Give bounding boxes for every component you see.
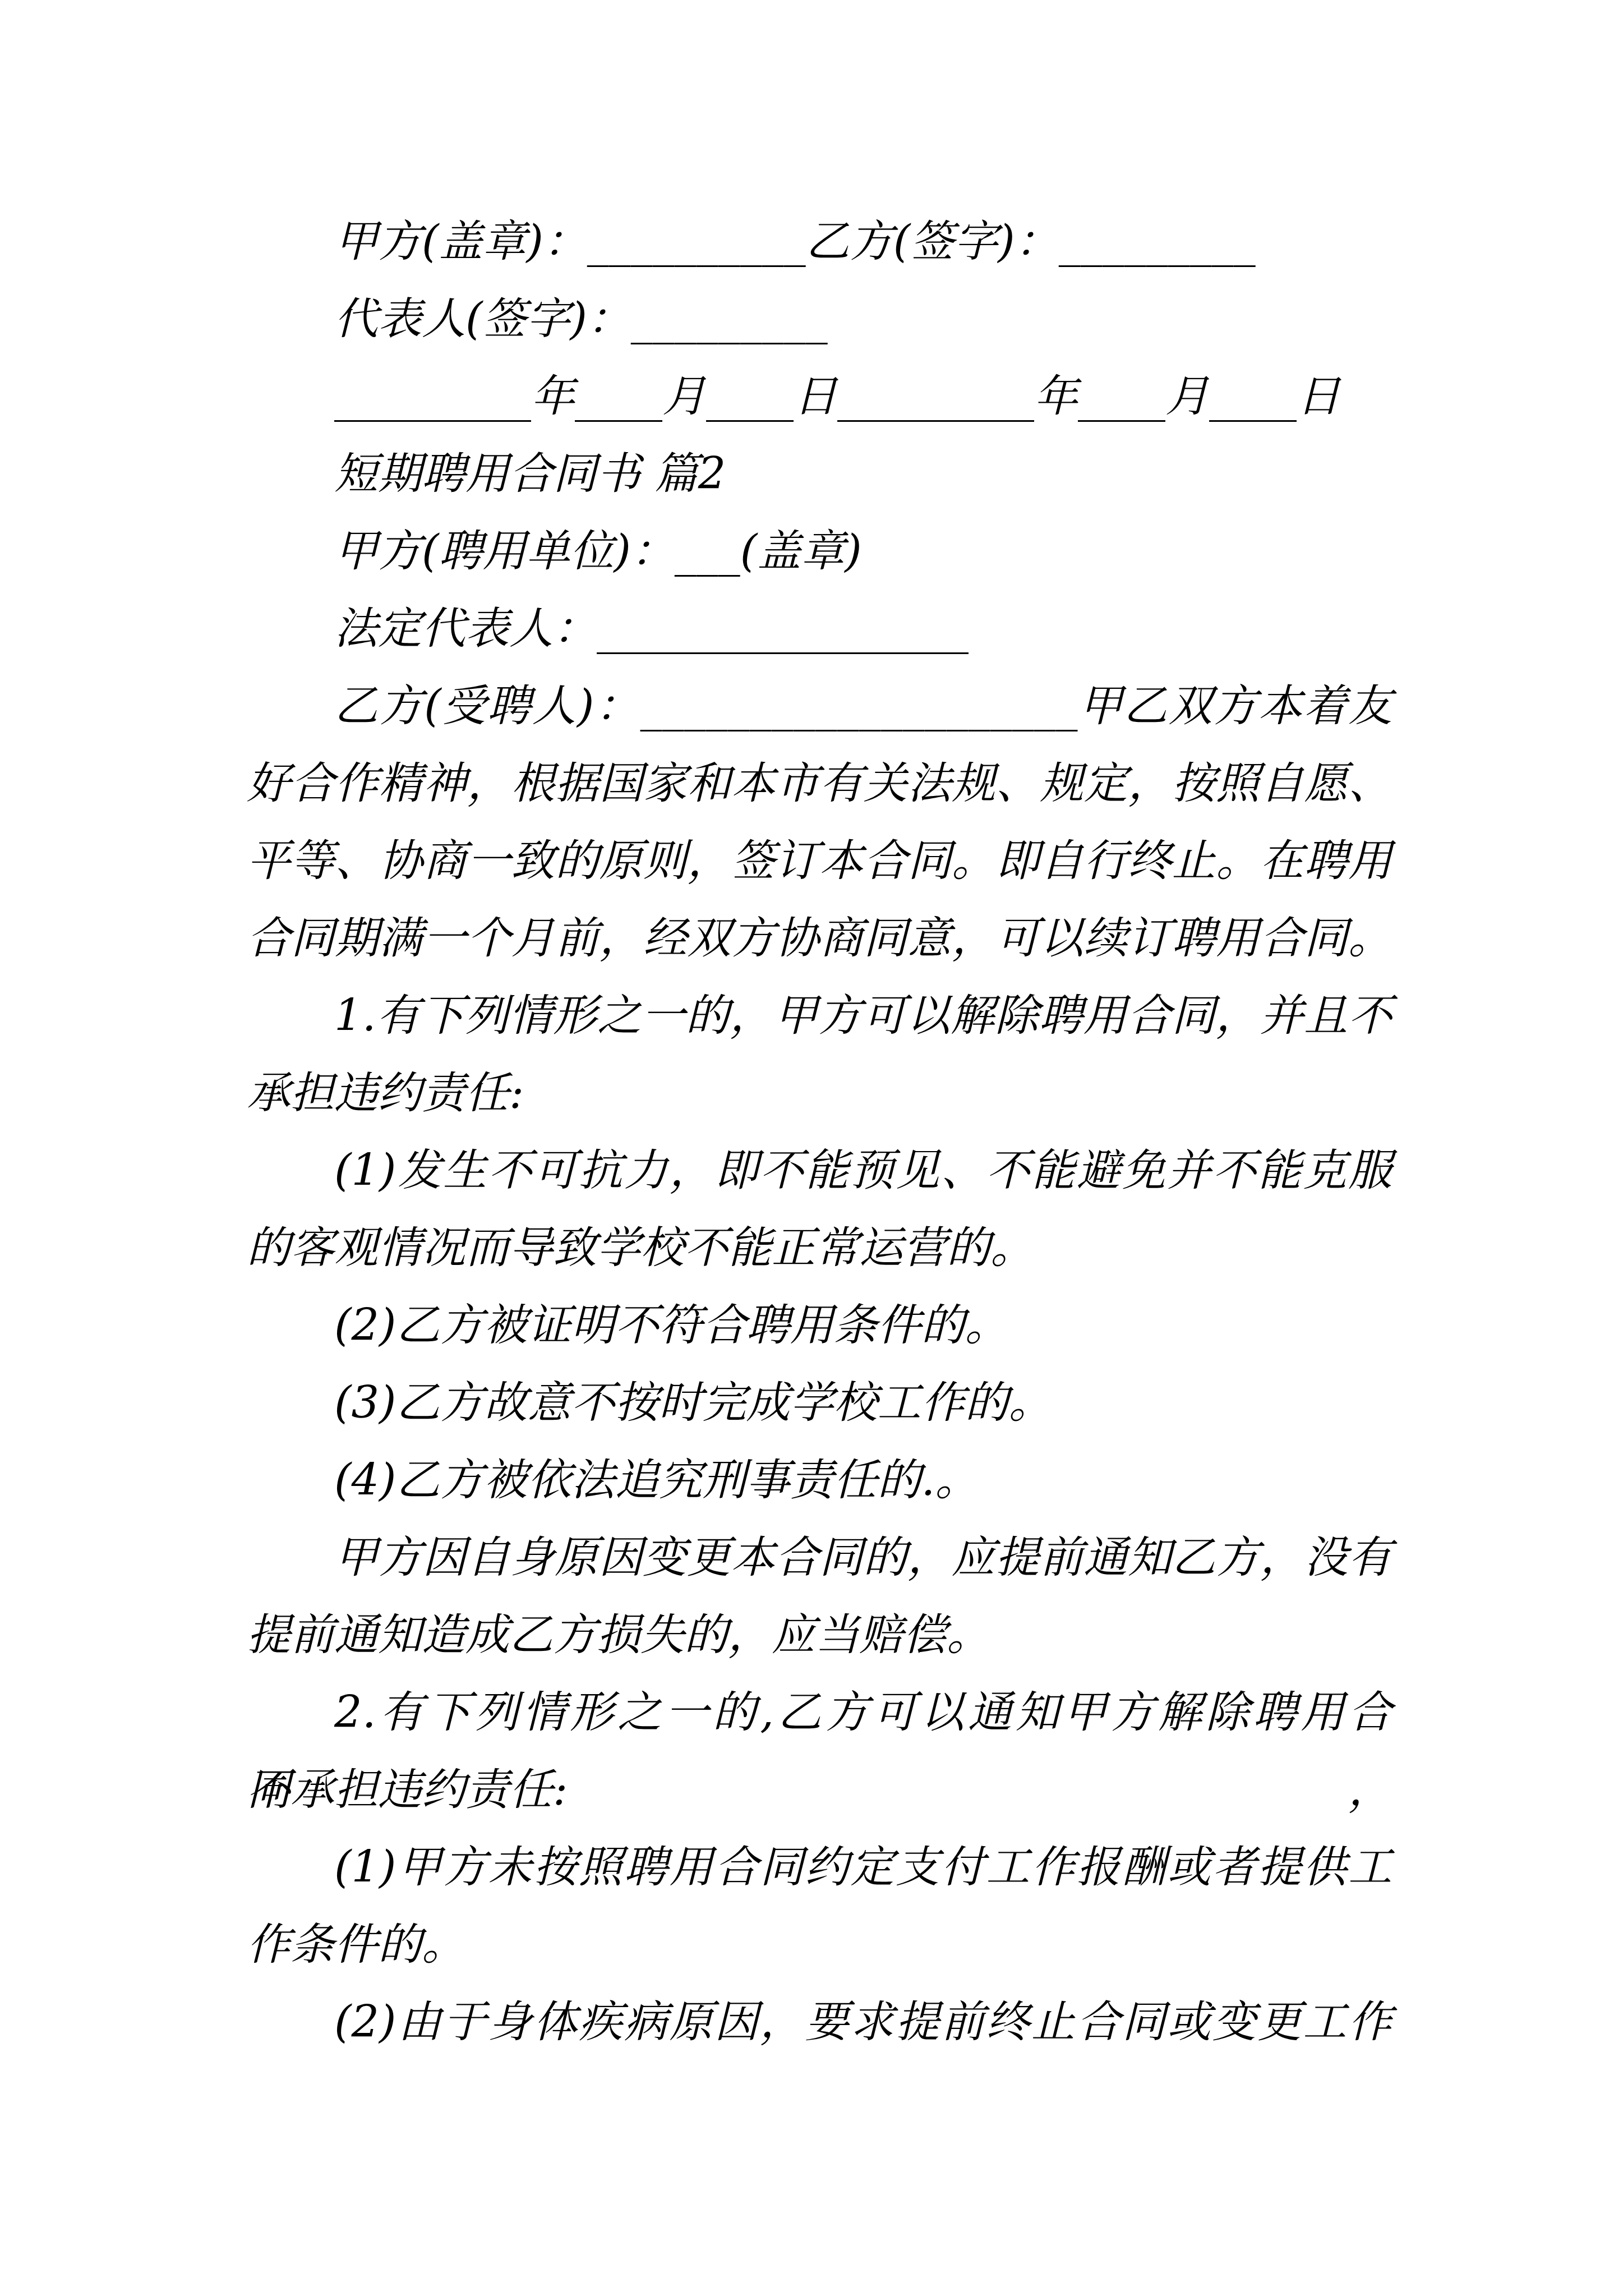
text-line: 作条件的。 xyxy=(247,1906,1392,1984)
text-line: (2)乙方被证明不符合聘用条件的。 xyxy=(247,1287,1392,1364)
document-page: 甲方(盖章)：__________乙方(签字)：_________代表人(签字)… xyxy=(0,0,1623,2296)
text-line: 法定代表人：_________________ xyxy=(247,590,1392,668)
text-line: (1)甲方未按照聘用合同约定支付工作报酬或者提供工 xyxy=(247,1829,1392,1906)
text-line: 1.有下列情形之一的，甲方可以解除聘用合同，并且不 xyxy=(247,977,1392,1055)
text-line: 的客观情况而导致学校不能正常运营的。 xyxy=(247,1209,1392,1287)
text-line: 甲方(聘用单位)：___(盖章) xyxy=(247,513,1392,590)
text-line: (4)乙方被依法追究刑事责任的.。 xyxy=(247,1442,1392,1519)
text-line: _________年____月____日_________年____月____日 xyxy=(247,358,1392,435)
text-line: 代表人(签字)：_________ xyxy=(247,280,1392,358)
text-line: 短期聘用合同书 篇2 xyxy=(247,435,1392,513)
text-line: 合同期满一个月前，经双方协商同意，可以续订聘用合同。 xyxy=(247,900,1392,977)
text-line: 甲方(盖章)：__________乙方(签字)：_________ xyxy=(247,203,1392,280)
text-line: (2)由于身体疾病原因，要求提前终止合同或变更工作 xyxy=(247,1984,1392,2061)
text-line: (3)乙方故意不按时完成学校工作的。 xyxy=(247,1364,1392,1442)
text-line: (1)发生不可抗力，即不能预见、不能避免并不能克服 xyxy=(247,1132,1392,1209)
text-line: 提前通知造成乙方损失的，应当赔偿。 xyxy=(247,1596,1392,1674)
text-line: 平等、协商一致的原则，签订本合同。即自行终止。在聘用 xyxy=(247,822,1392,900)
text-line: 乙方(受聘人)：____________________甲乙双方本着友 xyxy=(247,668,1392,745)
text-line: 好合作精神，根据国家和本市有关法规、规定，按照自愿、 xyxy=(247,745,1392,822)
text-line: 2.有下列情形之一的,乙方可以通知甲方解除聘用合同， xyxy=(247,1674,1392,1751)
contract-text: 甲方(盖章)：__________乙方(签字)：_________代表人(签字)… xyxy=(247,203,1392,2061)
text-line: 甲方因自身原因变更本合同的，应提前通知乙方，没有 xyxy=(247,1519,1392,1596)
text-line: 承担违约责任: xyxy=(247,1055,1392,1132)
